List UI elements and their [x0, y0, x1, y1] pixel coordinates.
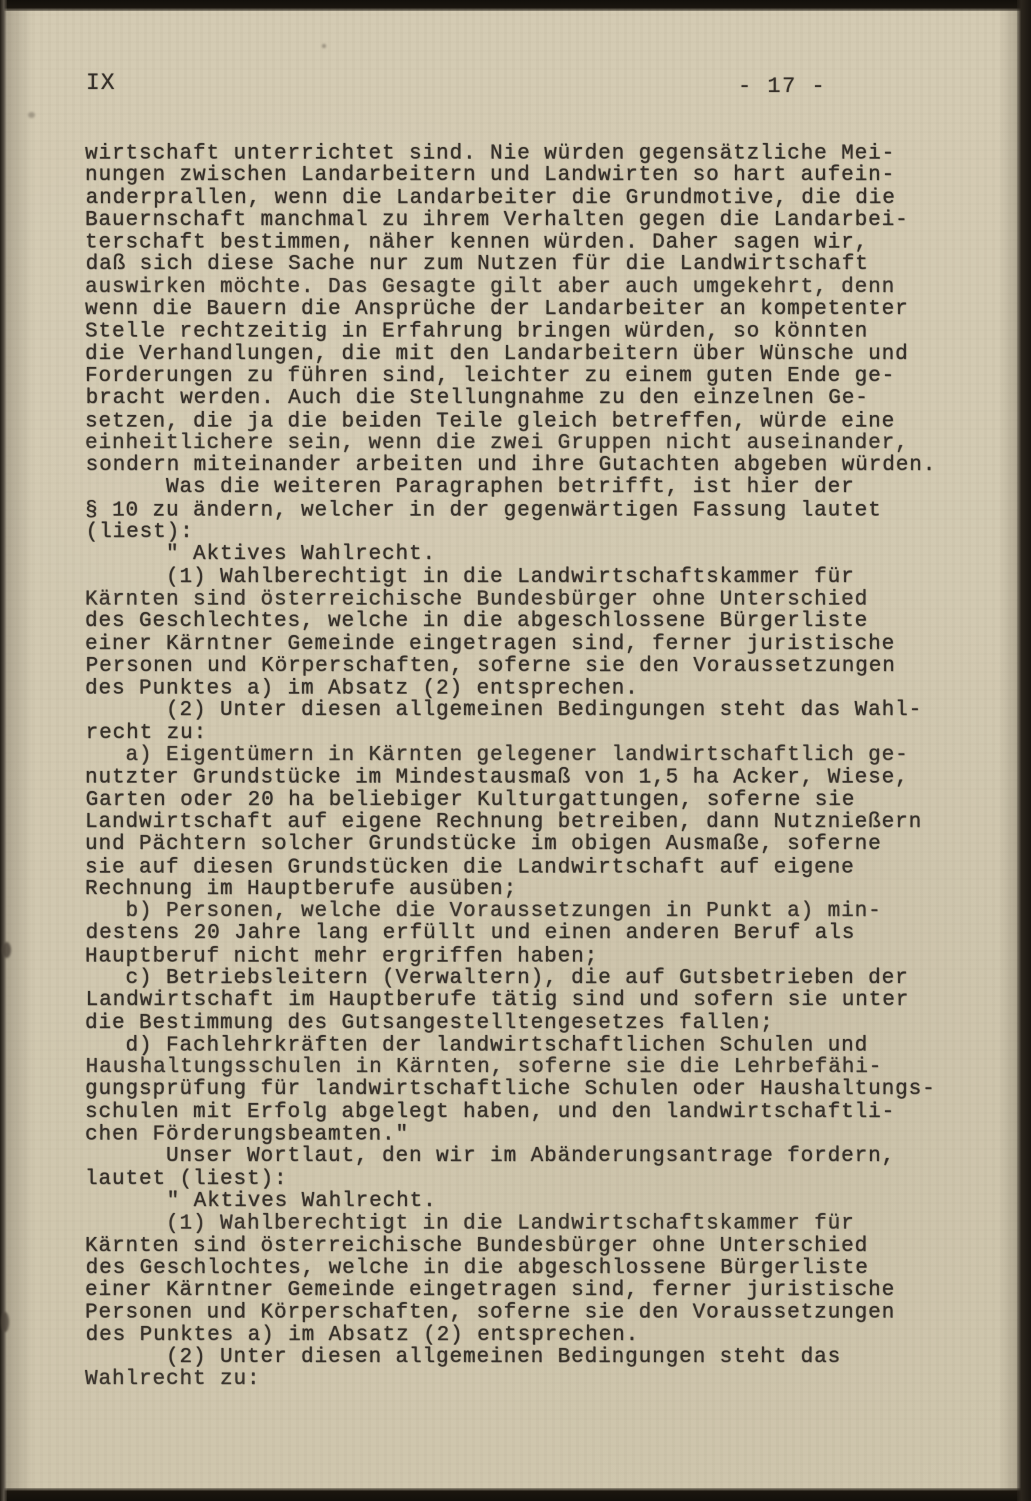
text-line: daß sich diese Sache nur zum Nutzen für … — [86, 254, 996, 276]
text-line: (1) Wahlberechtigt in die Landwirtschaft… — [85, 567, 995, 589]
text-line: (2) Unter diesen allgemeinen Bedingungen… — [85, 1347, 995, 1369]
text-line: b) Personen, welche die Voraussetzungen … — [85, 901, 995, 923]
text-line: des Punktes a) im Absatz (2) entsprechen… — [86, 1325, 996, 1347]
text-line: " Aktives Wahlrecht. — [86, 1191, 996, 1213]
text-line: (liest): — [86, 522, 996, 544]
text-line: einheitlichere sein, wenn die zwei Grupp… — [85, 433, 995, 455]
ink-smudge — [1, 1312, 9, 1332]
ink-smudge — [322, 44, 326, 48]
scan-border-right — [1017, 0, 1031, 1501]
text-line: anderprallen, wenn die Landarbeiter die … — [86, 188, 996, 210]
text-line: Rechnung im Hauptberufe ausüben; — [85, 879, 995, 901]
text-line: des Punktes a) im Absatz (2) entsprechen… — [85, 679, 995, 701]
text-line: gungsprüfung für landwirtschaftliche Sch… — [85, 1079, 995, 1101]
text-line: wenn die Bauern die Ansprüche der Landar… — [85, 299, 995, 321]
text-line: a) Eigentümern in Kärnten gelegener land… — [85, 745, 995, 767]
text-line: Was die weiteren Paragraphen betrifft, i… — [85, 477, 995, 499]
document-text: wirtschaft unterrichtet sind. Nie würden… — [85, 143, 995, 1392]
text-line: Unser Wortlaut, den wir im Abänderungsan… — [85, 1146, 995, 1168]
text-line: sondern miteinander arbeiten und ihre Gu… — [86, 455, 996, 477]
text-line: Forderungen zu führen sind, leichter zu … — [85, 366, 995, 388]
text-line: Haushaltungsschulen in Kärnten, soferne … — [86, 1057, 996, 1079]
text-line: Garten oder 20 ha beliebiger Kulturgattu… — [86, 790, 996, 812]
text-line: bracht werden. Auch die Stellungnahme zu… — [86, 388, 996, 410]
text-line: (1) Wahlberechtigt in die Landwirtschaft… — [85, 1214, 995, 1236]
text-line: Kärnten sind österreichische Bundesbürge… — [85, 1236, 995, 1258]
text-line: chen Förderungsbeamten." — [85, 1124, 995, 1146]
right-edge-shading — [999, 0, 1017, 1501]
left-edge-shading — [7, 0, 33, 1501]
ink-smudge — [28, 112, 35, 118]
text-line: Personen und Körperschaften, soferne sie… — [85, 1303, 995, 1325]
text-line: Bauernschaft manchmal zu ihrem Verhalten… — [85, 210, 995, 232]
text-line: § 10 zu ändern, welcher in der gegenwärt… — [85, 500, 995, 522]
text-line: Wahlrecht zu: — [85, 1369, 995, 1391]
text-line: einer Kärntner Gemeinde eingetragen sind… — [85, 634, 995, 656]
text-line: terschaft bestimmen, näher kennen würden… — [85, 233, 995, 255]
text-line: des Geschlechtes, welche in die abgeschl… — [85, 611, 995, 633]
text-line: sie auf diesen Grundstücken die Landwirt… — [85, 857, 995, 879]
text-line: (2) Unter diesen allgemeinen Bedingungen… — [85, 700, 995, 722]
text-line: lautet (liest): — [85, 1169, 995, 1191]
text-line: des Geschlochtes, welche in die abgeschl… — [86, 1258, 996, 1280]
text-line: einer Kärntner Gemeinde eingetragen sind… — [85, 1280, 995, 1302]
text-line: und Pächtern solcher Grundstücke im obig… — [85, 834, 995, 856]
text-line: nutzter Grundstücke im Mindestausmaß von… — [85, 768, 995, 790]
text-line: setzen, die ja die beiden Teile gleich b… — [85, 411, 995, 433]
text-line: Kärnten sind österreichische Bundesbürge… — [85, 589, 995, 611]
text-line: schulen mit Erfolg abgelegt haben, und d… — [85, 1102, 995, 1124]
scan-border-bottom — [0, 1488, 1031, 1501]
text-line: Personen und Körperschaften, soferne sie… — [86, 656, 996, 678]
text-line: Stelle rechtzeitig in Erfahrung bringen … — [85, 322, 995, 344]
text-line: Hauptberuf nicht mehr ergriffen haben; — [85, 946, 995, 968]
scan-border-top — [0, 0, 1031, 11]
ink-smudge — [2, 942, 11, 958]
text-line: nungen zwischen Landarbeitern und Landwi… — [85, 165, 995, 187]
text-line: destens 20 Jahre lang erfüllt und einen … — [86, 923, 996, 945]
document-page: IX - 17 - wirtschaft unterrichtet sind. … — [0, 0, 1031, 1501]
text-line: " Aktives Wahlrecht. — [85, 544, 995, 566]
page-number: - 17 - — [738, 74, 826, 99]
text-line: recht zu: — [86, 723, 996, 745]
text-line: c) Betriebsleitern (Verwaltern), die auf… — [85, 968, 995, 990]
section-label: IX — [86, 70, 116, 96]
text-line: die Bestimmung des Gutsangestelltengeset… — [85, 1013, 995, 1035]
scan-border-left — [0, 0, 7, 1501]
text-line: d) Fachlehrkräften der landwirtschaftlic… — [85, 1035, 995, 1057]
text-line: wirtschaft unterrichtet sind. Nie würden… — [85, 143, 995, 165]
text-line: Landwirtschaft auf eigene Rechnung betre… — [85, 812, 995, 834]
text-line: die Verhandlungen, die mit den Landarbei… — [85, 344, 995, 366]
text-line: Landwirtschaft im Hauptberufe tätig sind… — [86, 990, 996, 1012]
text-line: auswirken möchte. Das Gesagte gilt aber … — [85, 277, 995, 299]
